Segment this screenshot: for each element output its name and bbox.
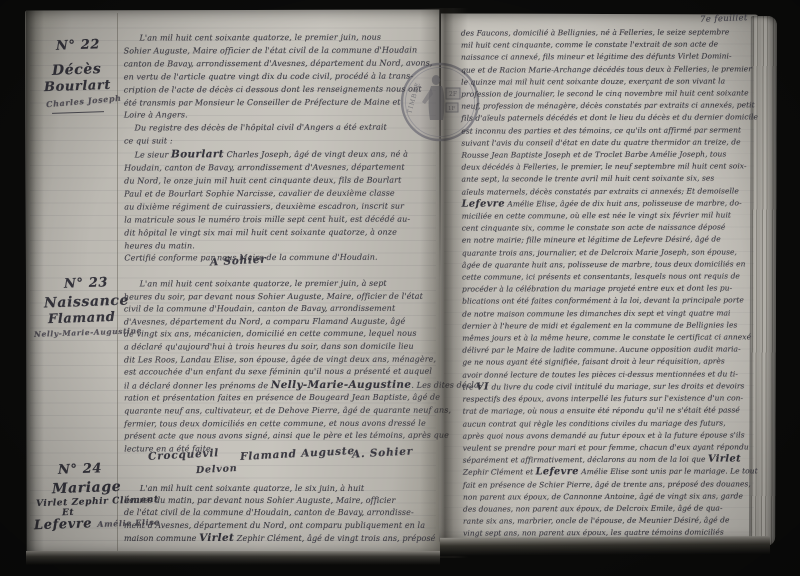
stamp-denomination-bottom: 1F xyxy=(448,106,455,112)
entry-23-text: L'an mil huit cent soixante quatorze, le… xyxy=(124,278,482,456)
entry-24-number: N° 24 xyxy=(58,461,102,478)
entry-23-type: Naissance xyxy=(44,293,130,312)
stamp-denomination-top: 2F xyxy=(449,91,457,98)
entry-22-text: L'an mil huit cent soixante quatorze, le… xyxy=(124,31,434,265)
entry-22-number: N° 22 xyxy=(56,37,100,54)
left-page-bottom-edge xyxy=(26,551,440,565)
right-page-bottom-edge xyxy=(440,536,770,556)
entry-24-type: Mariage xyxy=(52,479,122,497)
folio-annotation: 7e feuillet xyxy=(700,13,748,25)
stamp-figure-icon xyxy=(432,75,440,85)
entry-24-text: L'an mil huit cent soixante quatorze, le… xyxy=(124,483,436,545)
entry-22-name: Bourlart xyxy=(44,78,111,95)
right-page-text: des Faucons, domicilié à Bellignies, né … xyxy=(461,26,760,540)
register-scan: 7e feuillet 2F 1F TIMBRE N° 22 Décès Bou… xyxy=(0,0,800,576)
entry-23-number: N° 23 xyxy=(64,275,108,292)
entry-23-witness2-signature: Delvon xyxy=(196,463,238,476)
entry-24-bride-surname: Lefevre xyxy=(34,516,93,533)
entry-22-type: Décès xyxy=(52,61,102,79)
entry-23-name: Flamand xyxy=(48,310,116,327)
